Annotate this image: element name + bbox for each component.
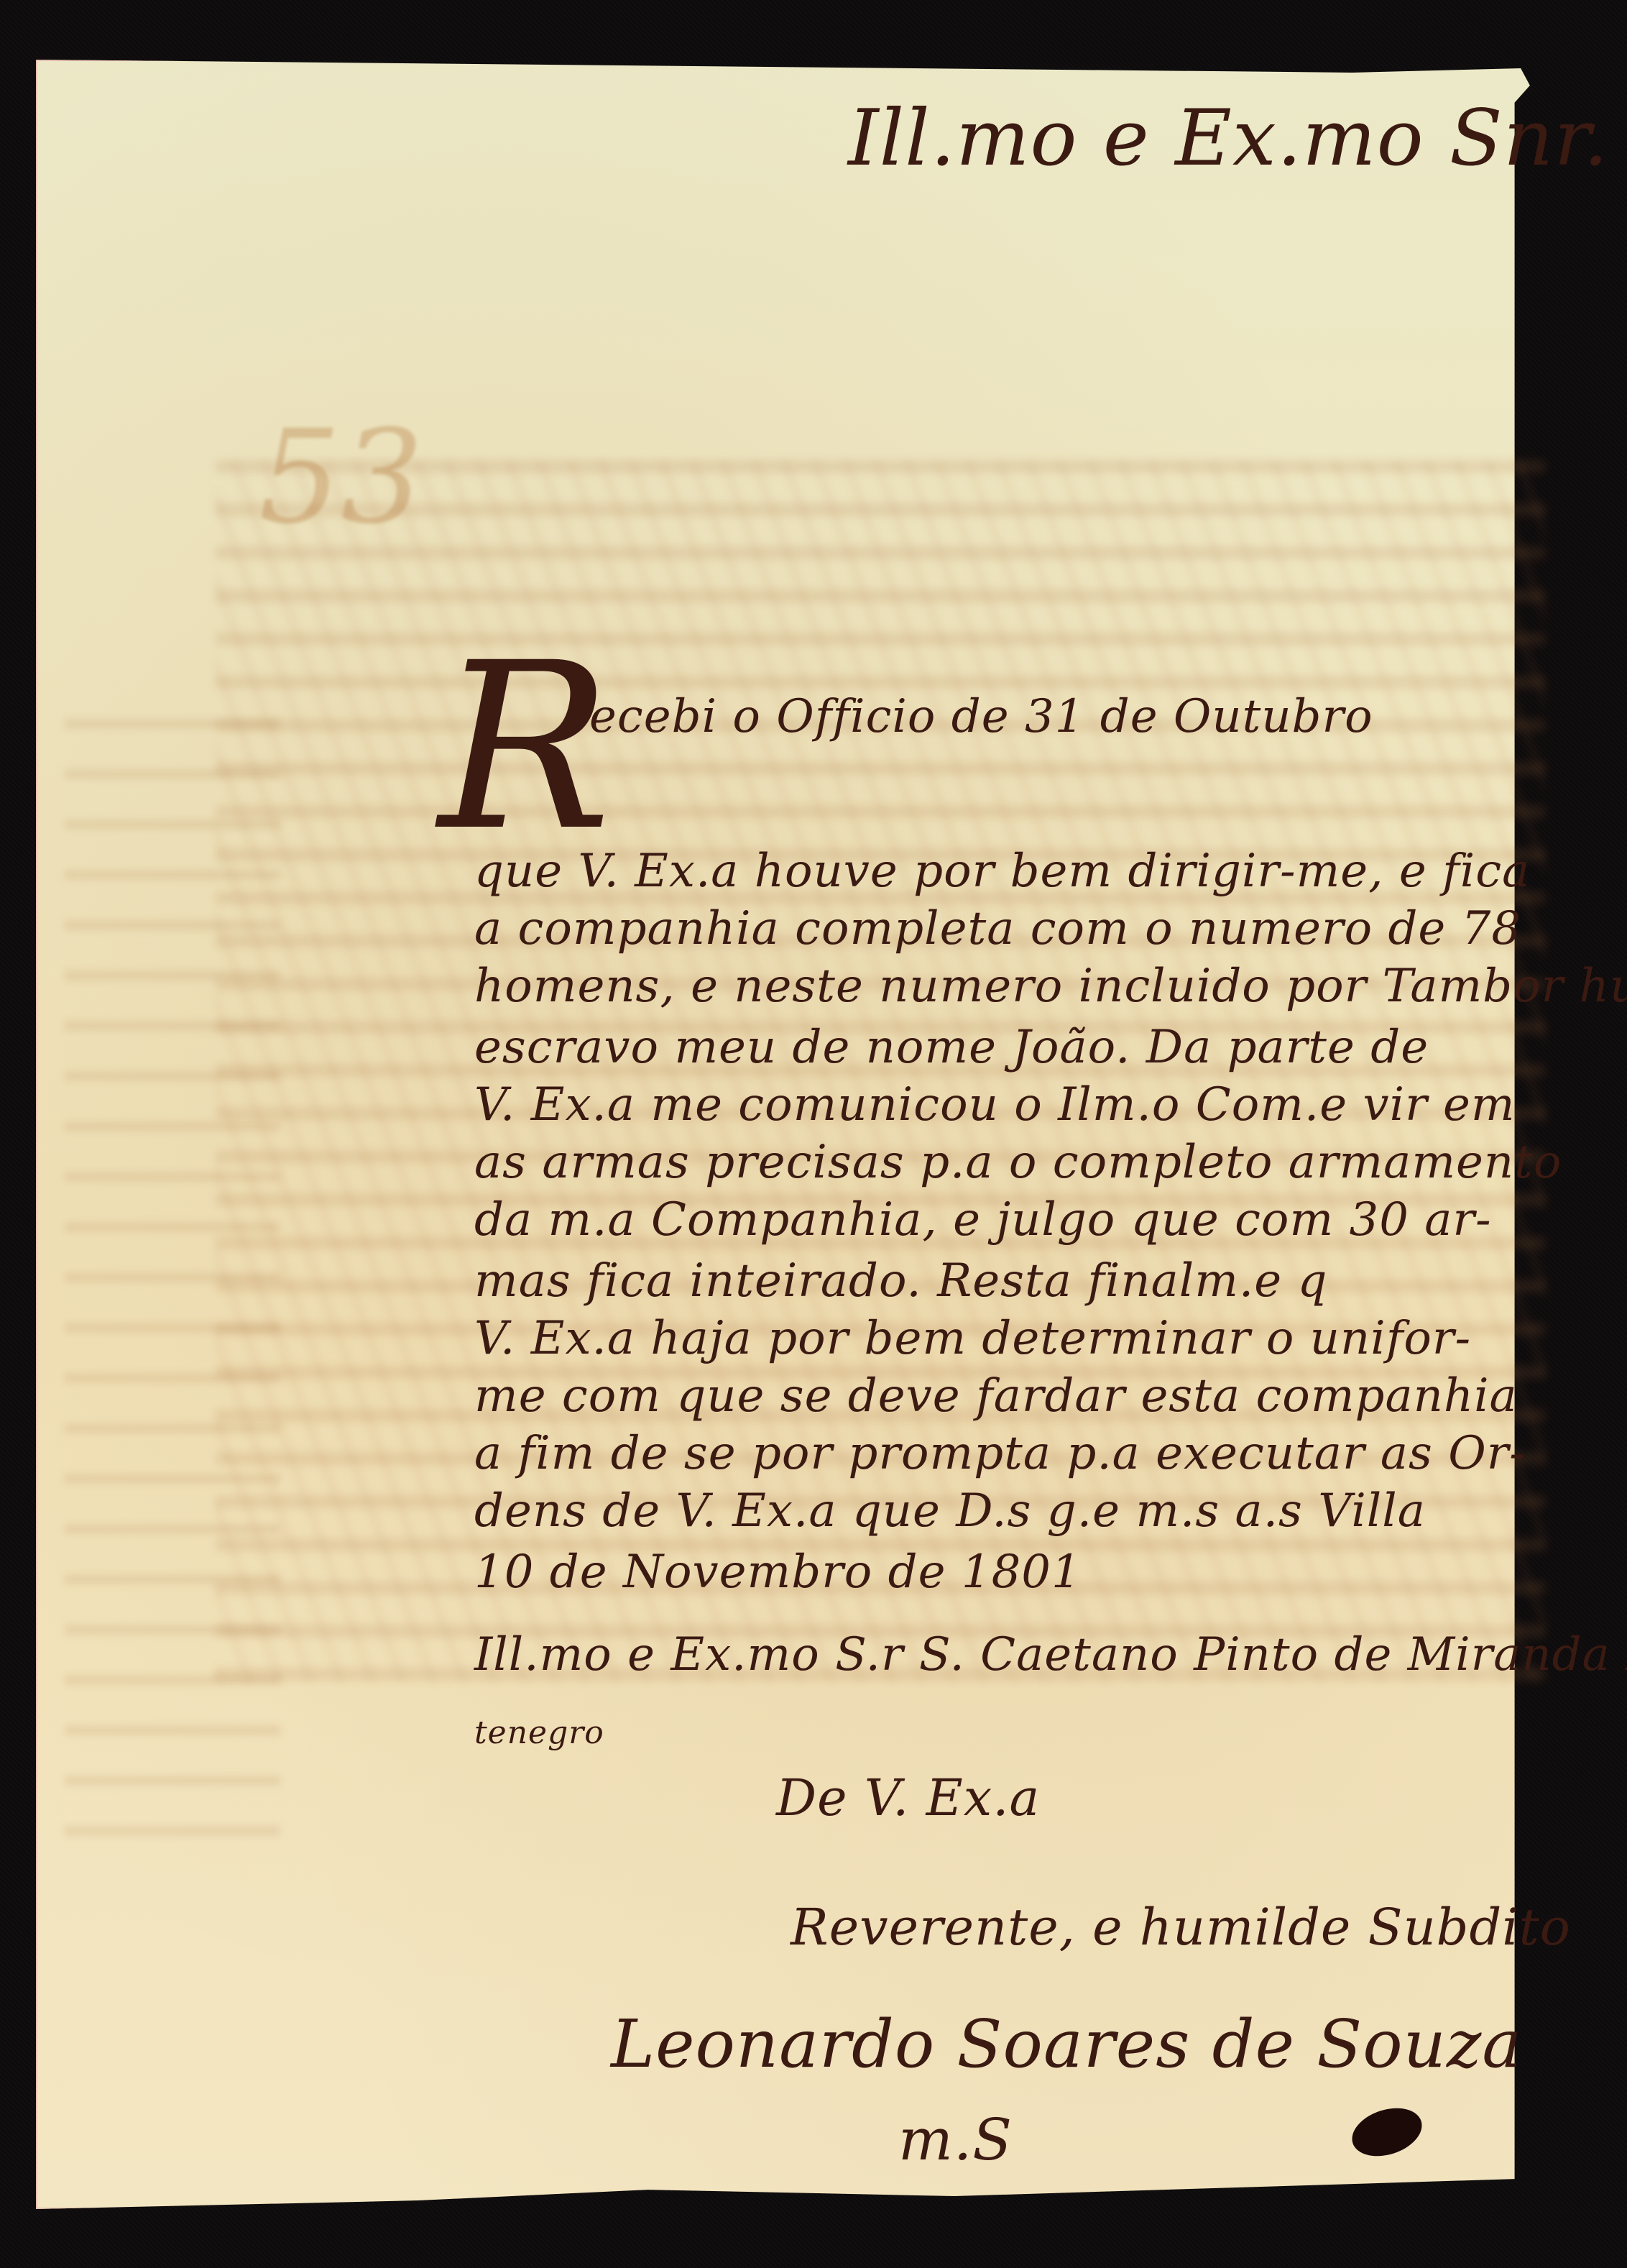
signature: Leonardo Soares de Souza [611, 2006, 1522, 2083]
body-line: homens, e neste numero incluido por Tamb… [474, 960, 1627, 1013]
closing-formula: De V. Ex.a [776, 1768, 1040, 1827]
body-line: dens de V. Ex.a que D.s g.e m.s a.s Vill… [474, 1484, 1426, 1538]
body-line: me com que se deve fardar esta companhia [474, 1369, 1518, 1423]
faded-margin-mark: 53 [259, 403, 423, 553]
body-line: escravo meu de nome João. Da parte de [474, 1021, 1429, 1074]
addressee-line: Ill.mo e Ex.mo S.r S. Caetano Pinto de M… [474, 1628, 1627, 1681]
salutation: Ill.mo e Ex.mo Snr. [848, 93, 1609, 183]
body-line: V. Ex.a me comunicou o Ilm.o Com.e vir e… [474, 1078, 1516, 1131]
body-line: ecebi o Officio de 31 de Outubro [589, 690, 1373, 743]
body-line: V. Ex.a haja por bem determinar o unifor… [474, 1312, 1471, 1365]
body-line: a fim de se por prompta p.a executar as … [474, 1427, 1526, 1480]
body-line: a companhia completa com o numero de 78 [474, 902, 1521, 955]
ink-bleed-through-left [65, 719, 280, 1869]
date-line: 10 de Novembro de 1801 [474, 1546, 1082, 1599]
body-line: as armas precisas p.a o completo armamen… [474, 1136, 1562, 1189]
body-line: da m.a Companhia, e julgo que com 30 ar- [474, 1193, 1492, 1247]
body-line: que V. Ex.a houve por bem dirigir-me, e … [474, 845, 1530, 898]
addressee-line: tenegro [474, 1714, 604, 1751]
drop-cap-letter: R [438, 633, 612, 863]
closing-formula: Reverente, e humilde Subdito [791, 1898, 1571, 1957]
body-line: mas fica inteirado. Resta finalm.e q [474, 1254, 1327, 1308]
signature-rubric: m.S [898, 2106, 1013, 2173]
